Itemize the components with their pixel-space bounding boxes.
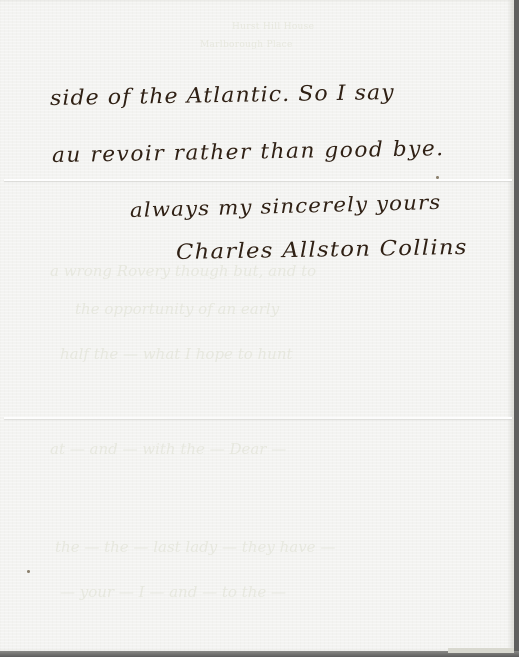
bleed-through-line: at — and — with the — Dear — <box>50 440 286 458</box>
letter-closing: always my sincerely yours <box>130 190 442 222</box>
letterhead-ghost-line-1: Hurst Hill House <box>232 22 314 32</box>
bleed-through-line: — your — I — and — to the — <box>60 583 286 601</box>
bleed-through-line: the — the — last lady — they have — <box>55 538 335 556</box>
letterhead-ghost-line-2: Marlborough Place <box>200 40 293 50</box>
scan-edge-bottom <box>0 651 519 657</box>
letter-page: Hurst Hill House Marlborough Place a wro… <box>0 0 514 651</box>
bleed-through-line: half the — what I hope to hunt <box>60 345 293 363</box>
paper-corner-edge <box>448 648 514 653</box>
ink-speck <box>27 570 30 573</box>
letter-signature: Charles Allston Collins <box>176 235 468 264</box>
paper-fold-upper <box>4 179 512 181</box>
scan-edge-right <box>514 0 519 657</box>
ink-speck <box>436 176 439 179</box>
bleed-through-line: the opportunity of an early <box>75 300 279 318</box>
letter-body-line-1: side of the Atlantic. So I say <box>50 80 395 110</box>
paper-fold-lower <box>4 417 512 419</box>
letter-body-line-2: au revoir rather than good bye. <box>52 136 445 167</box>
bleed-through-line: a wrong Rovery though but, and to <box>50 262 316 280</box>
